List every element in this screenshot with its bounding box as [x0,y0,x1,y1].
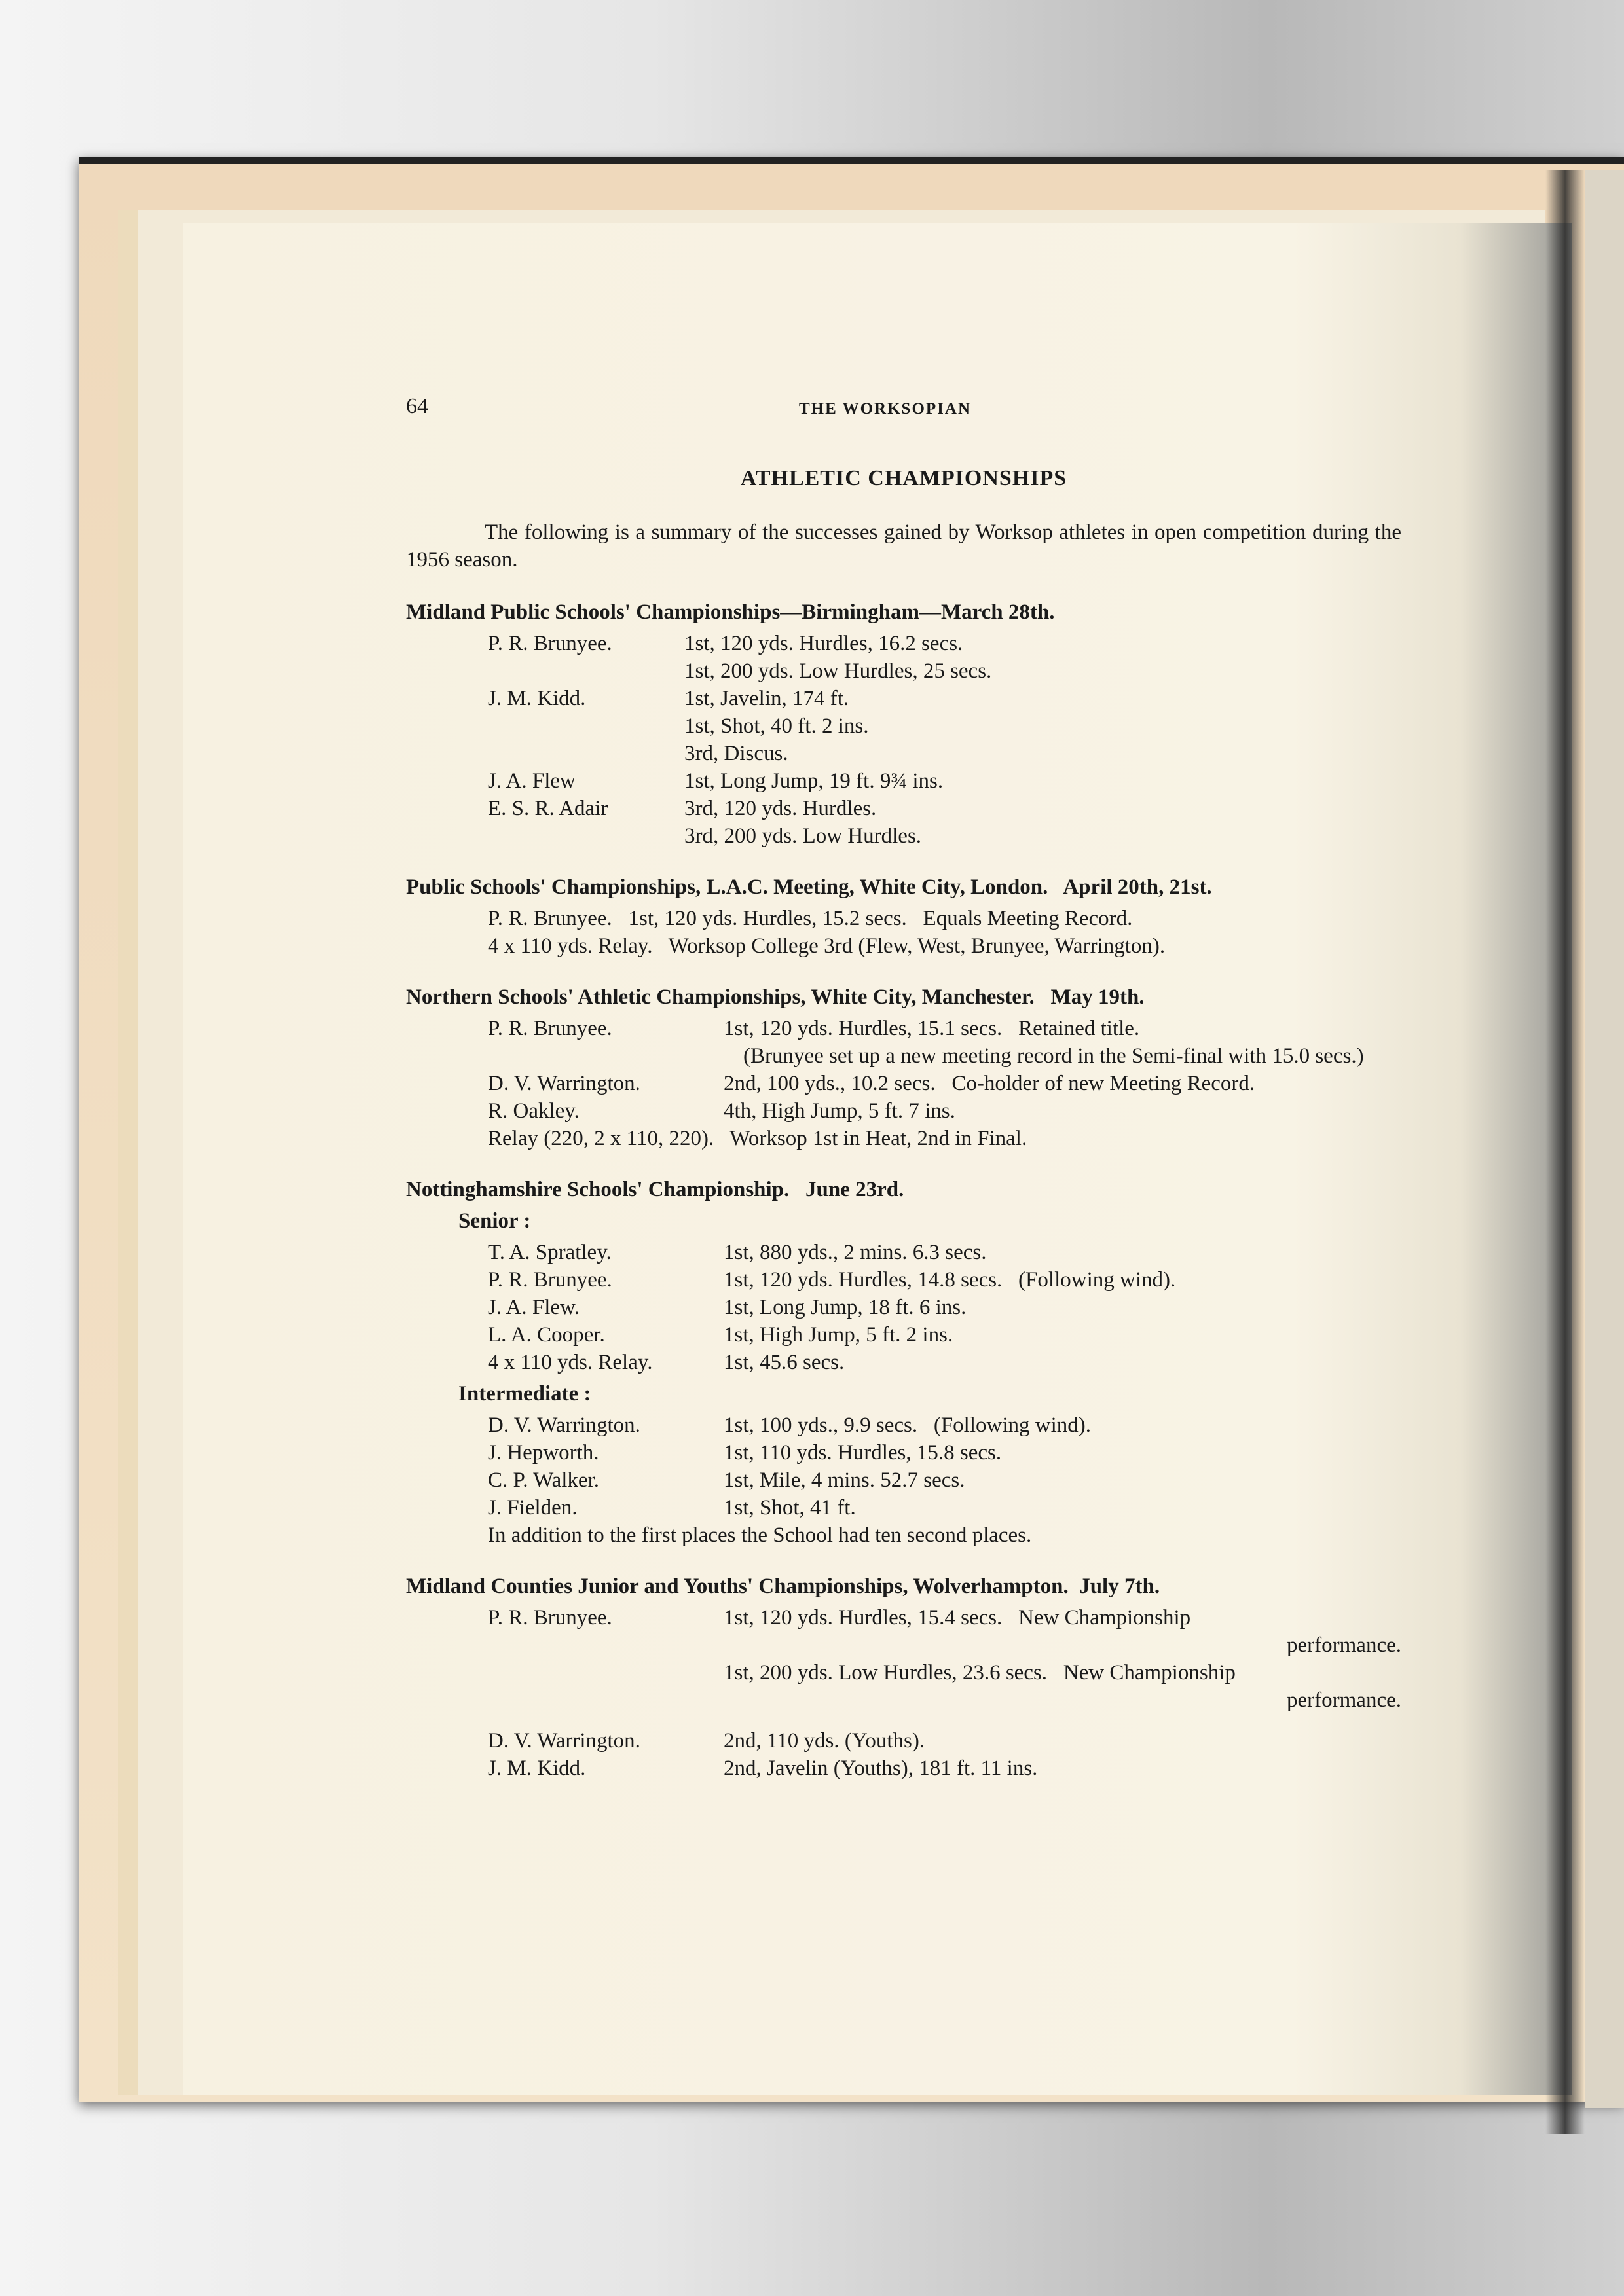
result-row: J. Hepworth.1st, 110 yds. Hurdles, 15.8 … [406,1439,1401,1467]
event-heading: Public Schools' Championships, L.A.C. Me… [406,873,1401,901]
result-text: 1st, 200 yds. Low Hurdles, 23.6 secs. Ne… [724,1661,1236,1685]
result-row: E. S. R. Adair3rd, 120 yds. Hurdles. [406,795,1401,822]
result-row: C. P. Walker.1st, Mile, 4 mins. 52.7 sec… [406,1467,1401,1494]
result-row: J. M. Kidd.2nd, Javelin (Youths), 181 ft… [406,1755,1401,1782]
page-content: 64 THE WORKSOPIAN ATHLETIC CHAMPIONSHIPS… [406,393,1401,1806]
result-row: 1st, Shot, 40 ft. 2 ins. [406,712,1401,740]
result-text: 1st, High Jump, 5 ft. 2 ins. [724,1321,1401,1349]
result-text: 1st, Mile, 4 mins. 52.7 secs. [724,1467,1401,1494]
athlete-name: J. Hepworth. [406,1439,724,1467]
intro-paragraph: The following is a summary of the succes… [406,519,1401,574]
event-heading: Northern Schools' Athletic Championships… [406,983,1401,1011]
result-row: P. R. Brunyee.1st, 120 yds. Hurdles, 14.… [406,1266,1401,1294]
athlete-name [406,712,684,740]
facing-page-edge [1585,170,1624,2108]
result-row: J. A. Flew.1st, Long Jump, 18 ft. 6 ins. [406,1294,1401,1321]
result-text: 1st, 880 yds., 2 mins. 6.3 secs. [724,1239,1401,1266]
result-block: 1st, 200 yds. Low Hurdles, 23.6 secs. Ne… [724,1659,1401,1714]
group-label-senior: Senior : [406,1207,1401,1235]
page-number: 64 [406,393,428,420]
article-title: ATHLETIC CHAMPIONSHIPS [406,465,1401,492]
relay-line: Relay (220, 2 x 110, 220). Worksop 1st i… [406,1125,1401,1152]
result-row: D. V. Warrington.1st, 100 yds., 9.9 secs… [406,1412,1401,1439]
athlete-name: P. R. Brunyee. [406,1604,724,1659]
result-row: 1st, 200 yds. Low Hurdles, 25 secs. [406,657,1401,685]
athlete-name: J. Fielden. [406,1494,724,1522]
athlete-name [406,822,684,850]
athlete-name: D. V. Warrington. [406,1727,724,1755]
event-heading: Midland Counties Junior and Youths' Cham… [406,1573,1401,1600]
result-row: 1st, 200 yds. Low Hurdles, 23.6 secs. Ne… [406,1659,1401,1714]
result-text: 1st, Shot, 41 ft. [724,1494,1401,1522]
result-text: 1st, Long Jump, 19 ft. 9¾ ins. [684,767,1401,795]
result-continuation: performance. [724,1631,1401,1659]
result-line: 4 x 110 yds. Relay. Worksop College 3rd … [406,932,1401,960]
group-label-intermediate: Intermediate : [406,1380,1401,1408]
result-row: R. Oakley.4th, High Jump, 5 ft. 7 ins. [406,1097,1401,1125]
result-text: 1st, Shot, 40 ft. 2 ins. [684,712,1401,740]
event-public-schools-lac: Public Schools' Championships, L.A.C. Me… [406,873,1401,960]
result-text: 2nd, 110 yds. (Youths). [724,1727,1401,1755]
result-text: 1st, 120 yds. Hurdles, 15.4 secs. New Ch… [724,1606,1190,1630]
result-text: 3rd, 200 yds. Low Hurdles. [684,822,1401,850]
result-row: J. Fielden.1st, Shot, 41 ft. [406,1494,1401,1522]
result-text: 1st, Long Jump, 18 ft. 6 ins. [724,1294,1401,1321]
result-row: 3rd, Discus. [406,740,1401,767]
result-continuation: performance. [724,1686,1401,1714]
athlete-name: D. V. Warrington. [406,1070,724,1097]
journal-title: THE WORKSOPIAN [799,395,971,423]
result-text: 1st, 200 yds. Low Hurdles, 25 secs. [684,657,1401,685]
result-row: T. A. Spratley.1st, 880 yds., 2 mins. 6.… [406,1239,1401,1266]
result-row: P. R. Brunyee. 1st, 120 yds. Hurdles, 15… [406,1604,1401,1659]
athlete-name: J. A. Flew. [406,1294,724,1321]
event-heading: Nottinghamshire Schools' Championship. J… [406,1176,1401,1203]
result-text: 1st, 110 yds. Hurdles, 15.8 secs. [724,1439,1401,1467]
result-text: 1st, 120 yds. Hurdles, 14.8 secs. (Follo… [724,1266,1401,1294]
event-nottinghamshire: Nottinghamshire Schools' Championship. J… [406,1176,1401,1549]
athlete-name: P. R. Brunyee. [406,630,684,657]
result-block: 1st, 120 yds. Hurdles, 15.4 secs. New Ch… [724,1604,1401,1659]
athlete-name: T. A. Spratley. [406,1239,724,1266]
result-row: J. A. Flew1st, Long Jump, 19 ft. 9¾ ins. [406,767,1401,795]
athlete-name: J. M. Kidd. [406,685,684,712]
book-gutter-shadow [1545,170,1585,2134]
result-row: L. A. Cooper.1st, High Jump, 5 ft. 2 ins… [406,1321,1401,1349]
result-note: (Brunyee set up a new meeting record in … [724,1042,1401,1070]
result-text: 4th, High Jump, 5 ft. 7 ins. [724,1097,1401,1125]
result-row: 4 x 110 yds. Relay.1st, 45.6 secs. [406,1349,1401,1376]
athlete-name [406,740,684,767]
result-text: 1st, 120 yds. Hurdles, 15.1 secs. Retain… [724,1017,1139,1040]
event-midland-public-schools: Midland Public Schools' Championships—Bi… [406,598,1401,850]
athlete-name: P. R. Brunyee. [406,1015,724,1070]
result-row: P. R. Brunyee. 1st, 120 yds. Hurdles, 15… [406,1015,1401,1070]
result-text: 2nd, 100 yds., 10.2 secs. Co-holder of n… [724,1070,1401,1097]
result-row: D. V. Warrington.2nd, 100 yds., 10.2 sec… [406,1070,1401,1097]
event-heading: Midland Public Schools' Championships—Bi… [406,598,1401,626]
result-text: 1st, Javelin, 174 ft. [684,685,1401,712]
athlete-name: J. A. Flew [406,767,684,795]
athlete-name: R. Oakley. [406,1097,724,1125]
athlete-name: C. P. Walker. [406,1467,724,1494]
result-row: J. M. Kidd.1st, Javelin, 174 ft. [406,685,1401,712]
result-text: 3rd, 120 yds. Hurdles. [684,795,1401,822]
result-row: 3rd, 200 yds. Low Hurdles. [406,822,1401,850]
result-line: P. R. Brunyee. 1st, 120 yds. Hurdles, 15… [406,905,1401,932]
result-text: 3rd, Discus. [684,740,1401,767]
athlete-name [406,657,684,685]
running-head: 64 THE WORKSOPIAN [406,393,1401,432]
result-text: 1st, 100 yds., 9.9 secs. (Following wind… [724,1412,1401,1439]
result-block: 1st, 120 yds. Hurdles, 15.1 secs. Retain… [724,1015,1401,1070]
athlete-name: D. V. Warrington. [406,1412,724,1439]
result-text: 1st, 120 yds. Hurdles, 16.2 secs. [684,630,1401,657]
event-northern-schools: Northern Schools' Athletic Championships… [406,983,1401,1152]
athlete-name: E. S. R. Adair [406,795,684,822]
athlete-name: P. R. Brunyee. [406,1266,724,1294]
athlete-name [406,1659,724,1714]
athlete-name: L. A. Cooper. [406,1321,724,1349]
athlete-name: 4 x 110 yds. Relay. [406,1349,724,1376]
event-midland-counties: Midland Counties Junior and Youths' Cham… [406,1573,1401,1782]
summary-note: In addition to the first places the Scho… [406,1522,1401,1549]
athlete-name: J. M. Kidd. [406,1755,724,1782]
result-text: 1st, 45.6 secs. [724,1349,1401,1376]
result-row: D. V. Warrington.2nd, 110 yds. (Youths). [406,1727,1401,1755]
result-text: 2nd, Javelin (Youths), 181 ft. 11 ins. [724,1755,1401,1782]
result-row: P. R. Brunyee.1st, 120 yds. Hurdles, 16.… [406,630,1401,657]
